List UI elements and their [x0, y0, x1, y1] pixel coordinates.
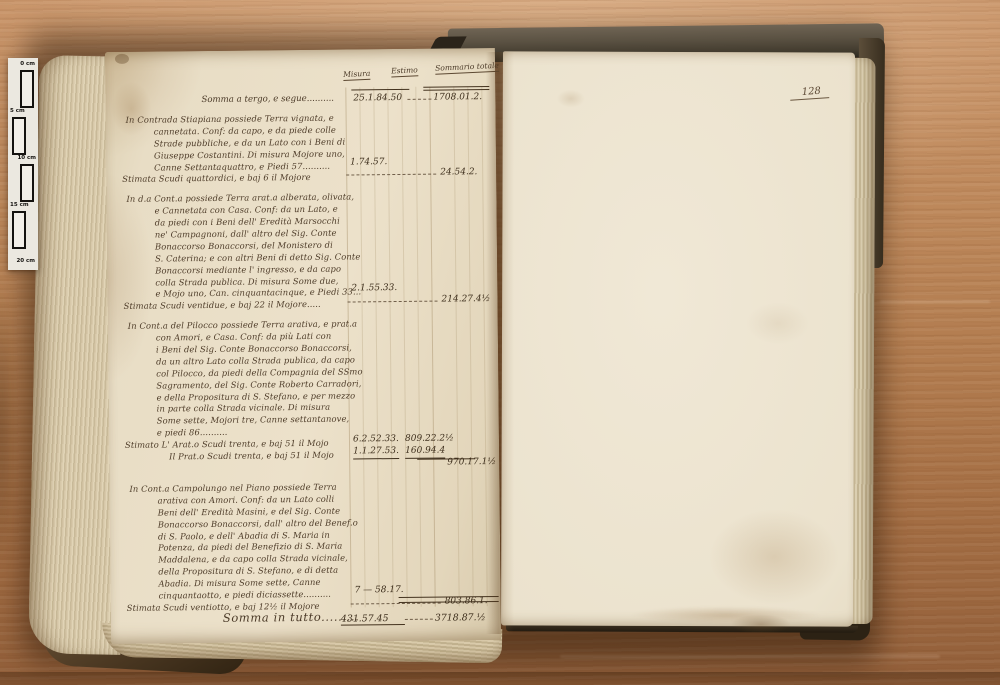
carry-forward-label: Somma a tergo, e segue..........: [201, 94, 334, 105]
ledger-entry: In Cont.a Campolungo nel Piano possiede …: [117, 477, 496, 612]
amount-sum-totale: 970.17.1½: [447, 457, 496, 468]
scale-bar: 0 cm 5 cm 10 cm 15 cm 20 cm: [8, 58, 38, 270]
leader-dash: [405, 619, 433, 620]
amount-misura: 2.1.55.33.: [351, 283, 397, 295]
column-rule: [423, 86, 489, 88]
paper-stain: [557, 90, 585, 108]
ledger-entry: In d.a Cont.a possiede Terra arat.a albe…: [114, 187, 493, 310]
photo-of-open-ledger: 0 cm 5 cm 10 cm 15 cm 20 cm: [0, 0, 1000, 685]
scale-label: 5 cm: [10, 108, 25, 114]
scale-label: 10 cm: [17, 155, 36, 161]
left-page: Misura Estimo Sommario totale Somma a te…: [105, 48, 501, 644]
amount-estimo: 809.22.2½: [405, 434, 454, 446]
column-rule: [423, 89, 489, 91]
scale-label: 15 cm: [10, 202, 29, 208]
column-header-sommario: Sommario totale: [435, 61, 499, 75]
grand-total-row: Somma in tutto......... 431.57.45 3718.8…: [111, 608, 501, 632]
amount-misura: 1.74.57.: [350, 157, 387, 169]
leader-dash: [348, 301, 438, 303]
amount-totale: 214.27.4½: [441, 294, 490, 306]
ledger-entry: In Contrada Stiapiana possiede Terra vig…: [114, 108, 493, 183]
valuation-line: Stimata Scudi ventidue, e baj 22 il Mojo…: [115, 294, 493, 310]
amount-totale: 24.54.2.: [440, 168, 477, 180]
scale-segment: [20, 164, 34, 202]
paper-stain: [631, 606, 821, 625]
entries: In Contrada Stiapiana possiede Terra vig…: [114, 108, 497, 620]
amount-misura: 7 — 58.17.: [355, 585, 404, 597]
column-header-estimo: Estimo: [391, 65, 418, 77]
line-text: Stimata Scudi ventidue, e baj 22 il Mojo…: [116, 299, 321, 311]
carry-forward-row: Somma a tergo, e segue.......... 25.1.84…: [105, 92, 495, 109]
valuation-line: Stimata Scudi quattordici, e baj 6 il Mo…: [114, 167, 492, 183]
book: Misura Estimo Sommario totale Somma a te…: [0, 0, 1000, 685]
scale-segment: [12, 211, 26, 249]
paper-stain: [709, 509, 839, 604]
carry-forward-misura: 25.1.84.50: [353, 93, 402, 104]
column-header-misura: Misura: [343, 69, 371, 81]
leader-dash: [346, 174, 436, 176]
line-text: Stimata Scudi quattordici, e baj 6 il Mo…: [114, 172, 310, 184]
scale-label: 0 cm: [20, 61, 35, 67]
leader-dash: [407, 99, 431, 100]
total-underline: [341, 624, 405, 626]
scale-label: 20 cm: [16, 258, 35, 264]
right-page: 128: [501, 51, 855, 626]
scale-segment: [12, 117, 26, 155]
sum-line: 970.17.1½: [117, 457, 495, 473]
paper-stain: [746, 302, 810, 344]
grand-total-totale: 3718.87.½: [435, 612, 486, 624]
grand-total-label: Somma in tutto.........: [223, 609, 360, 624]
scale-segment: [20, 70, 34, 108]
left-page-content: Misura Estimo Sommario totale Somma a te…: [105, 48, 501, 644]
amount-misura: 6.2.52.33.: [353, 434, 399, 446]
column-headers: Misura Estimo Sommario totale: [343, 62, 493, 88]
grand-total-misura: 431.57.45: [341, 613, 389, 624]
carry-forward-totale: 1708.01.2.: [433, 92, 482, 103]
ledger-entry: In Cont.a del Pilocco possiede Terra ara…: [116, 314, 496, 473]
folio-number: 128: [789, 85, 829, 101]
